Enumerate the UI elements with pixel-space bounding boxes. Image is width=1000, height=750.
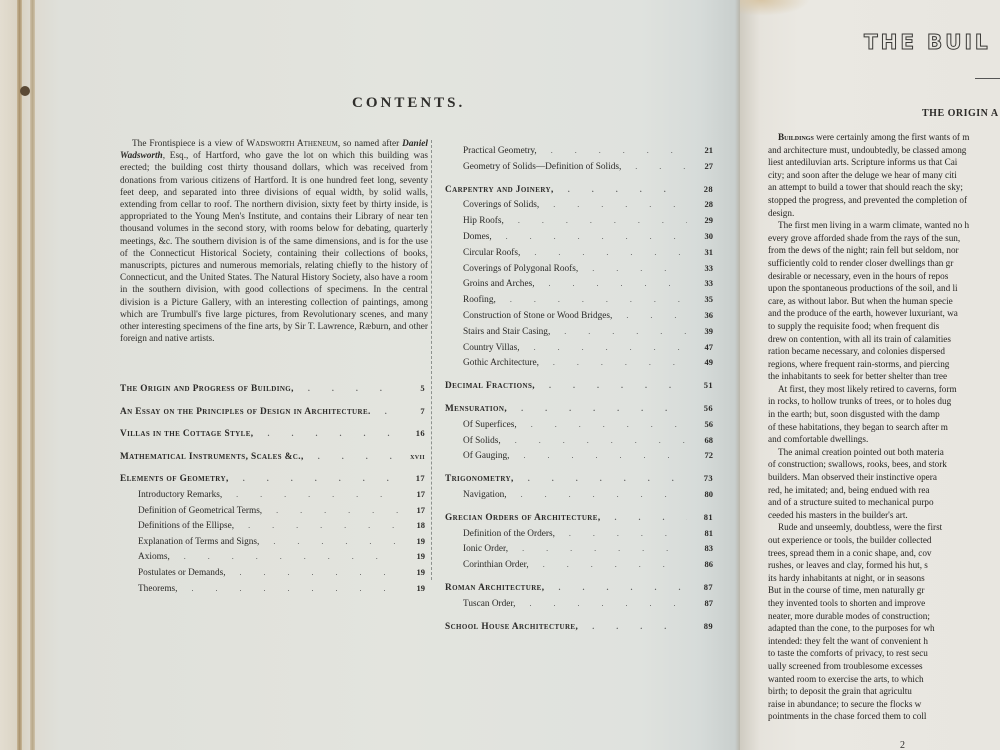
toc-page-number: 51 (687, 380, 713, 390)
toc-page-number: 27 (687, 161, 713, 171)
text-line: the inhabitants to seek for better shelt… (768, 370, 1000, 383)
toc-subentry: Stairs and Stair Casing,..........39 (445, 326, 713, 342)
toc-entry-label: Gothic Architecture, (463, 358, 539, 368)
toc-subentry: Navigation,..........80 (445, 489, 713, 505)
toc-subentry: Coverings of Polygonal Roofs,..........3… (445, 263, 713, 279)
line-text: drew on contention, with all its train o… (768, 334, 951, 344)
dot-leader: .......... (507, 490, 687, 499)
page-title: CONTENTS. (352, 95, 465, 112)
toc-spacer (120, 466, 425, 472)
ink-spot (20, 86, 30, 96)
toc-spacer (445, 614, 713, 620)
line-text: stopped the progress, and prevented the … (768, 195, 967, 205)
text-line: to taste the comforts of privacy, to res… (768, 647, 1000, 660)
toc-section-entry: Carpentry and Joinery,..........28 (445, 184, 713, 200)
text-line: red, he imitated; and, being endued with… (768, 484, 1000, 497)
toc-subentry: Country Villas,..........47 (445, 342, 713, 358)
line-text: city; and soon after the deluge we hear … (768, 170, 957, 180)
frontispiece-description: The Frontispiece is a view of Wadsworth … (120, 138, 428, 345)
dot-leader: .......... (507, 404, 687, 413)
text-line: its hardy inhabitants at night, or in se… (768, 572, 1000, 585)
toc-subentry: Introductory Remarks,..........17 (120, 489, 425, 505)
line-text: and of a structure suited to mechanical … (768, 497, 934, 507)
toc-page-number: 16 (399, 428, 425, 438)
dot-leader: .......... (226, 568, 399, 577)
toc-page-number: 87 (687, 582, 713, 592)
toc-spacer (445, 466, 713, 472)
text-line: they invented tools to shorten and impro… (768, 597, 1000, 610)
text-line: But in the course of time, men naturally… (768, 584, 1000, 597)
line-text: to taste the comforts of privacy, to res… (768, 648, 928, 658)
dot-leader: .......... (304, 452, 399, 461)
page-edge (30, 0, 35, 750)
line-text: of these habitations, they began to sear… (768, 422, 948, 432)
toc-entry-label: Of Gauging, (463, 451, 509, 461)
text-line: stopped the progress, and prevented the … (768, 194, 1000, 207)
toc-page-number: 49 (687, 357, 713, 367)
text-line: drew on contention, with all its train o… (768, 333, 1000, 346)
toc-page-number: 33 (687, 263, 713, 273)
line-text: intended: they felt the want of convenie… (768, 636, 928, 646)
toc-page-number: 19 (399, 567, 425, 577)
toc-page-number: 80 (687, 489, 713, 499)
toc-page-number: 19 (399, 551, 425, 561)
toc-subentry: Of Solids,..........68 (445, 435, 713, 451)
text-line: of construction; swallows, rooks, bees, … (768, 458, 1000, 471)
toc-entry-label: Roofing, (463, 295, 496, 305)
toc-spacer (120, 399, 425, 405)
toc-page-number: 19 (399, 583, 425, 593)
toc-page-number: 72 (687, 450, 713, 460)
toc-entry-label: Tuscan Order, (463, 599, 515, 609)
toc-page-number: 28 (687, 199, 713, 209)
dot-leader: .......... (520, 248, 687, 257)
line-text: The first men living in a warm climate, … (778, 220, 969, 230)
toc-section-entry: Elements of Geometry,..........17 (120, 473, 425, 489)
toc-entry-label: The Origin and Progress of Building, (120, 384, 294, 394)
toc-page-number: 73 (687, 473, 713, 483)
text-line: out experience or tools, the builder col… (768, 534, 1000, 547)
toc-subentry: Of Gauging,..........72 (445, 450, 713, 466)
toc-entry-label: Groins and Arches, (463, 279, 535, 289)
line-text: an attempt to build a tower that should … (768, 182, 963, 192)
column-divider (431, 140, 432, 580)
toc-spacer (445, 177, 713, 183)
toc-entry-label: Decimal Fractions, (445, 381, 535, 391)
toc-entry-label: Stairs and Stair Casing, (463, 327, 550, 337)
toc-page-number: 83 (687, 543, 713, 553)
toc-entry-label: Construction of Stone or Wood Bridges, (463, 311, 612, 321)
toc-section-entry: Decimal Fractions,..........51 (445, 380, 713, 396)
toc-entry-label: Hip Roofs, (463, 216, 504, 226)
toc-entry-label: Coverings of Polygonal Roofs, (463, 264, 578, 274)
dot-leader: .......... (535, 381, 687, 390)
toc-page-number: 56 (687, 419, 713, 429)
toc-entry-label: Mathematical Instruments, Scales &c., (120, 452, 304, 462)
line-text: to supply the requisite food; when frequ… (768, 321, 939, 331)
toc-page-number: 47 (687, 342, 713, 352)
toc-subentry: Corinthian Order,..........86 (445, 559, 713, 575)
line-text: sufficiently cold to render closer dwell… (768, 258, 953, 268)
dot-leader: .......... (492, 232, 687, 241)
toc-entry-label: Definition of the Orders, (463, 529, 555, 539)
line-text: raise in abundance; to secure the flocks… (768, 699, 921, 709)
toc-subentry: Roofing,..........35 (445, 294, 713, 310)
toc-section-entry: School House Architecture,..........89 (445, 621, 713, 637)
text-line: from the dews of the night; rain fell bu… (768, 244, 1000, 257)
line-text: rushes, or leaves and clay, formed his h… (768, 560, 928, 570)
toc-entry-label: Coverings of Solids, (463, 200, 539, 210)
text-line: ration became necessary, and colonies di… (768, 345, 1000, 358)
toc-page-number: 5 (399, 383, 425, 393)
toc-page-number: 31 (687, 247, 713, 257)
text-line: in the earth; but, soon disgusted with t… (768, 408, 1000, 421)
dot-leader: .......... (170, 552, 399, 561)
text-line: Buildings were certainly among the first… (768, 131, 1000, 144)
text-line: care, as without labor. But when the hum… (768, 295, 1000, 308)
line-text: and the produce of the earth, however lu… (768, 308, 958, 318)
dot-leader: .......... (234, 521, 399, 530)
line-text: upon the spontaneous productions of the … (768, 283, 958, 293)
line-text: its hardy inhabitants at night, or in se… (768, 573, 925, 583)
dot-leader: .......... (496, 295, 687, 304)
toc-subentry: Construction of Stone or Wood Bridges,..… (445, 310, 713, 326)
line-text: ually screened from troublesome excesses (768, 661, 923, 671)
toc-subentry: Coverings of Solids,..........28 (445, 199, 713, 215)
toc-spacer (445, 396, 713, 402)
toc-entry-label: Corinthian Order, (463, 560, 529, 570)
toc-page-number: 36 (687, 310, 713, 320)
text-line: desirable or necessary, even in the hour… (768, 270, 1000, 283)
text-line: design. (768, 207, 1000, 220)
toc-spacer (445, 575, 713, 581)
page-stain (740, 0, 810, 16)
toc-entry-label: Country Villas, (463, 343, 520, 353)
toc-column-right: Practical Geometry,..........21Geometry … (445, 145, 713, 636)
dot-leader: .......... (371, 407, 399, 416)
toc-section-entry: Mathematical Instruments, Scales &c.,...… (120, 451, 425, 467)
text-line: to supply the requisite food; when frequ… (768, 320, 1000, 333)
toc-subentry: Of Superfices,..........56 (445, 419, 713, 435)
toc-entry-label: Grecian Orders of Architecture, (445, 513, 601, 523)
text-line: ually screened from troublesome excesses (768, 660, 1000, 673)
dot-leader: .......... (578, 264, 687, 273)
text-line: The animal creation pointed out both mat… (768, 446, 1000, 459)
dot-leader: .......... (508, 544, 687, 553)
dot-leader: .......... (509, 451, 687, 460)
toc-section-entry: Grecian Orders of Architecture,.........… (445, 512, 713, 528)
toc-subentry: Gothic Architecture,..........49 (445, 357, 713, 373)
toc-subentry: Definition of Geometrical Terms,........… (120, 505, 425, 521)
toc-spacer (120, 444, 425, 450)
toc-entry-label: Elements of Geometry, (120, 474, 229, 484)
page-edge (17, 0, 22, 750)
line-text: were certainly among the first wants of … (814, 132, 970, 142)
dot-leader: .......... (259, 537, 399, 546)
toc-entry-label: An Essay on the Principles of Design in … (120, 407, 371, 417)
line-text: out experience or tools, the builder col… (768, 535, 932, 545)
toc-entry-label: Roman Architecture, (445, 583, 544, 593)
line-text: wanted room to exercise the arts, to whi… (768, 674, 924, 684)
toc-section-entry: Roman Architecture,..........87 (445, 582, 713, 598)
line-text: and architecture must, undoubtedly, be c… (768, 145, 966, 155)
toc-page-number: 86 (687, 559, 713, 569)
line-text: in the earth; but, soon disgusted with t… (768, 409, 940, 419)
dot-leader: .......... (537, 146, 687, 155)
toc-section-entry: Villas in the Cottage Style,..........16 (120, 428, 425, 444)
toc-subentry: Practical Geometry,..........21 (445, 145, 713, 161)
line-text: birth; to deposit the grain that agricul… (768, 686, 912, 696)
frontis-body: , Esq., of Hartford, who gave the lot on… (120, 151, 428, 344)
dot-leader: .......... (514, 474, 687, 483)
dot-leader: .......... (539, 200, 687, 209)
text-line: and comfortable dwellings. (768, 433, 1000, 446)
toc-section-entry: An Essay on the Principles of Design in … (120, 406, 425, 422)
toc-entry-label: Of Solids, (463, 436, 501, 446)
text-line: and the produce of the earth, however lu… (768, 307, 1000, 320)
toc-page-number: 87 (687, 598, 713, 608)
frontis-intro: The Frontispiece is a view of (132, 139, 246, 149)
text-line: in rocks, to hollow trunks of trees, or … (768, 395, 1000, 408)
toc-page-number: xvii (399, 451, 425, 461)
toc-subentry: Tuscan Order,..........87 (445, 598, 713, 614)
line-text: The animal creation pointed out both mat… (778, 447, 944, 457)
dot-leader: .......... (501, 436, 687, 445)
toc-page-number: 19 (399, 536, 425, 546)
line-text: At first, they most likely retired to ca… (778, 384, 957, 394)
dot-leader: .......... (601, 513, 687, 522)
line-text: Rude and unseemly, doubtless, were the f… (778, 522, 942, 532)
toc-page-number: 81 (687, 512, 713, 522)
dot-leader: .......... (222, 490, 399, 499)
title-rule (975, 78, 1000, 79)
line-text: and comfortable dwellings. (768, 434, 868, 444)
text-line: wanted room to exercise the arts, to whi… (768, 673, 1000, 686)
text-line: neater, more durable modes of constructi… (768, 610, 1000, 623)
line-text: they invented tools to shorten and impro… (768, 598, 925, 608)
line-text: pointments in the chase forced them to c… (768, 711, 926, 721)
line-text: liest antediluvian arts. Scripture infor… (768, 157, 957, 167)
text-line: every grove afforded shade from the rays… (768, 232, 1000, 245)
dot-leader: .......... (515, 599, 687, 608)
line-text: of construction; swallows, rooks, bees, … (768, 459, 947, 469)
toc-page-number: 21 (687, 145, 713, 155)
toc-page-number: 35 (687, 294, 713, 304)
text-line: raise in abundance; to secure the flocks… (768, 698, 1000, 711)
toc-page-number: 17 (399, 489, 425, 499)
line-text: every grove afforded shade from the rays… (768, 233, 960, 243)
text-line: regions, where frequent rain-storms, and… (768, 358, 1000, 371)
contents-page: CONTENTS. The Frontispiece is a view of … (0, 0, 740, 750)
line-text: adapted than the cone, to the purposes f… (768, 623, 935, 633)
line-text: care, as without labor. But when the hum… (768, 296, 953, 306)
toc-entry-label: Circular Roofs, (463, 248, 520, 258)
toc-page-number: 81 (687, 528, 713, 538)
line-text: from the dews of the night; rain fell bu… (768, 245, 959, 255)
line-text: design. (768, 208, 794, 218)
dot-leader: .......... (504, 216, 687, 225)
text-line: The first men living in a warm climate, … (768, 219, 1000, 232)
toc-section-entry: Trigonometry,..........73 (445, 473, 713, 489)
text-line: sufficiently cold to render closer dwell… (768, 257, 1000, 270)
dot-leader: .......... (550, 327, 687, 336)
text-line: upon the spontaneous productions of the … (768, 282, 1000, 295)
toc-page-number: 28 (687, 184, 713, 194)
toc-page-number: 17 (399, 505, 425, 515)
chapter-body-text: Buildings were certainly among the first… (768, 131, 1000, 723)
toc-section-entry: The Origin and Progress of Building,....… (120, 383, 425, 399)
dot-leader: .......... (612, 311, 687, 320)
line-text: neater, more durable modes of constructi… (768, 611, 930, 621)
text-line: Rude and unseemly, doubtless, were the f… (768, 521, 1000, 534)
toc-spacer (445, 373, 713, 379)
toc-spacer (445, 505, 713, 511)
toc-entry-label: Axioms, (138, 552, 170, 562)
line-text: the inhabitants to seek for better shelt… (768, 371, 947, 381)
toc-subentry: Axioms,..........19 (120, 551, 425, 567)
dot-leader: .......... (554, 185, 687, 194)
line-text: in rocks, to hollow trunks of trees, or … (768, 396, 951, 406)
dot-leader: .......... (294, 384, 399, 393)
dot-leader: .......... (254, 429, 400, 438)
line-text: builders. Man observed their instinctive… (768, 472, 937, 482)
toc-entry-label: Practical Geometry, (463, 146, 537, 156)
toc-page-number: 7 (399, 406, 425, 416)
text-line: At first, they most likely retired to ca… (768, 383, 1000, 396)
text-line: intended: they felt the want of convenie… (768, 635, 1000, 648)
toc-entry-label: Villas in the Cottage Style, (120, 429, 254, 439)
line-text: ration became necessary, and colonies di… (768, 346, 945, 356)
dot-leader: .......... (229, 474, 399, 483)
toc-subentry: Theorems,..........19 (120, 583, 425, 599)
page-number: 2 (900, 740, 905, 750)
text-line: an attempt to build a tower that should … (768, 181, 1000, 194)
text-line: liest antediluvian arts. Scripture infor… (768, 156, 1000, 169)
drop-word: Buildings (778, 132, 814, 142)
line-text: But in the course of time, men naturally… (768, 585, 924, 595)
toc-entry-label: Explanation of Terms and Signs, (138, 537, 259, 547)
dot-leader: .......... (520, 343, 687, 352)
toc-subentry: Geometry of Solids—Definition of Solids,… (445, 161, 713, 177)
toc-page-number: 17 (399, 473, 425, 483)
toc-subentry: Explanation of Terms and Signs,.........… (120, 536, 425, 552)
dot-leader: .......... (517, 420, 687, 429)
text-line: trees, spread them in a conic shape, and… (768, 547, 1000, 560)
toc-subentry: Definition of the Orders,..........81 (445, 528, 713, 544)
toc-entry-label: Ionic Order, (463, 544, 508, 554)
toc-entry-label: Definitions of the Ellipse, (138, 521, 234, 531)
dot-leader: .......... (529, 560, 687, 569)
text-line: adapted than the cone, to the purposes f… (768, 622, 1000, 635)
text-line: ceeded his masters in the builder's art. (768, 509, 1000, 522)
toc-subentry: Definitions of the Ellipse,..........18 (120, 520, 425, 536)
toc-spacer (120, 421, 425, 427)
toc-subentry: Ionic Order,..........83 (445, 543, 713, 559)
building-name: Wadsworth Atheneum (246, 139, 337, 149)
text-line: of these habitations, they began to sear… (768, 421, 1000, 434)
dot-leader: .......... (555, 529, 687, 538)
toc-page-number: 89 (687, 621, 713, 631)
toc-page-number: 39 (687, 326, 713, 336)
line-text: ceeded his masters in the builder's art. (768, 510, 908, 520)
toc-entry-label: School House Architecture, (445, 622, 578, 632)
line-text: regions, where frequent rain-storms, and… (768, 359, 949, 369)
text-line: city; and soon after the deluge we hear … (768, 169, 1000, 182)
toc-entry-label: Introductory Remarks, (138, 490, 222, 500)
toc-entry-label: Geometry of Solids—Definition of Solids, (463, 162, 621, 172)
toc-subentry: Groins and Arches,..........33 (445, 278, 713, 294)
toc-entry-label: Definition of Geometrical Terms, (138, 506, 262, 516)
text-line: and architecture must, undoubtedly, be c… (768, 144, 1000, 157)
text-line: pointments in the chase forced them to c… (768, 710, 1000, 723)
toc-page-number: 68 (687, 435, 713, 445)
toc-page-number: 30 (687, 231, 713, 241)
dot-leader: .......... (578, 622, 687, 631)
text-line: rushes, or leaves and clay, formed his h… (768, 559, 1000, 572)
text-line: builders. Man observed their instinctive… (768, 471, 1000, 484)
toc-page-number: 29 (687, 215, 713, 225)
chapter-page-title: THE BUIL (864, 30, 991, 54)
toc-page-number: 33 (687, 278, 713, 288)
line-text: trees, spread them in a conic shape, and… (768, 548, 932, 558)
toc-subentry: Postulates or Demands,..........19 (120, 567, 425, 583)
text-line: birth; to deposit the grain that agricul… (768, 685, 1000, 698)
toc-entry-label: Mensuration, (445, 404, 507, 414)
dot-leader: .......... (539, 358, 687, 367)
toc-subentry: Hip Roofs,..........29 (445, 215, 713, 231)
toc-subentry: Domes,..........30 (445, 231, 713, 247)
toc-entry-label: Trigonometry, (445, 474, 514, 484)
toc-entry-label: Carpentry and Joinery, (445, 185, 554, 195)
chapter-subtitle: THE ORIGIN A (922, 108, 999, 119)
dot-leader: .......... (178, 584, 400, 593)
toc-entry-label: Domes, (463, 232, 492, 242)
toc-page-number: 56 (687, 403, 713, 413)
line-text: red, he imitated; and, being endued with… (768, 485, 930, 495)
toc-subentry: Circular Roofs,..........31 (445, 247, 713, 263)
toc-column-left: The Origin and Progress of Building,....… (120, 382, 425, 598)
toc-section-entry: Mensuration,..........56 (445, 403, 713, 419)
dot-leader: .......... (621, 162, 687, 171)
toc-entry-label: Theorems, (138, 584, 178, 594)
toc-entry-label: Postulates or Demands, (138, 568, 226, 578)
toc-page-number: 18 (399, 520, 425, 530)
toc-entry-label: Of Superfices, (463, 420, 517, 430)
dot-leader: .......... (535, 279, 687, 288)
dot-leader: .......... (262, 506, 399, 515)
line-text: desirable or necessary, even in the hour… (768, 271, 948, 281)
frontis-after-name: , so named after (338, 139, 402, 149)
toc-entry-label: Navigation, (463, 490, 507, 500)
dot-leader: .......... (544, 583, 687, 592)
text-line: and of a structure suited to mechanical … (768, 496, 1000, 509)
